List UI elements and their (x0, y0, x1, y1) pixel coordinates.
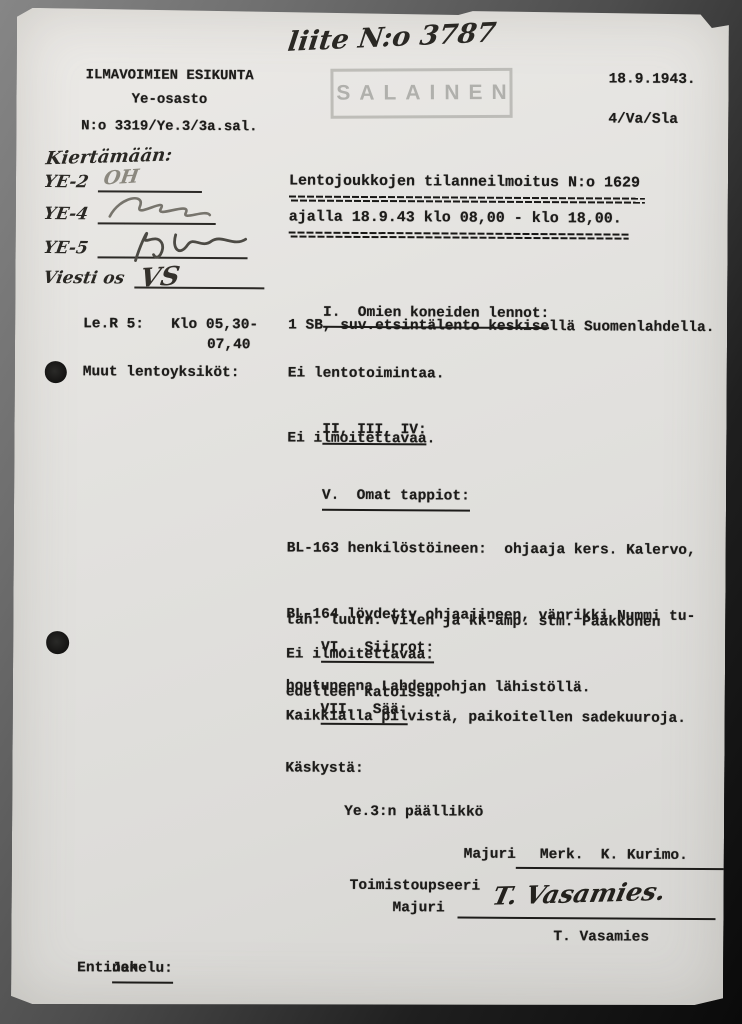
routing-label: YE-4 (42, 204, 90, 224)
title-underline (289, 231, 629, 239)
routing-item-ye2: YE-2 OH (44, 166, 202, 193)
section-2-body: Ei ilmoitettavaa. (287, 426, 435, 451)
file-reference: 4/Va/Sla (608, 107, 678, 131)
routing-signature-line (98, 198, 216, 225)
margin-time-line2: 07,40 (207, 333, 251, 357)
margin-unit-label: Le.R 5: (83, 312, 144, 336)
title-underline (289, 195, 645, 203)
letterhead-org: ILMAVOIMIEN ESIKUNTA (57, 63, 283, 88)
report-title-line1: Lentojoukkojen tilanneilmoitus N:o 1629 (289, 169, 640, 195)
signature1-name: Merk. K. Kurimo. (516, 843, 742, 871)
routing-item-ye5: YE-5 (44, 232, 248, 259)
routing-item-ye4: YE-4 (44, 198, 216, 225)
letterhead-dept: Ye-osasto (56, 87, 282, 112)
routing-signature-line: OH (98, 166, 202, 193)
routing-signature-line (98, 232, 248, 259)
signature2-role: Toimistoupseeri (350, 874, 481, 899)
handwritten-annex-number: liite N:o 3787 (286, 17, 498, 57)
letterhead-ref-number: N:o 3319/Ye.3/3a.sal. (56, 114, 282, 139)
punch-hole (46, 631, 69, 654)
section-6-body: Ei ilmoitettavaa. (286, 642, 434, 667)
section-1-body-flights: 1 SB, suv.etsintälento keskisellä Suomen… (288, 313, 715, 340)
routing-initials: VS (132, 261, 188, 294)
scanned-document-photo: { "annotation": { "liite": "liite N:o 37… (0, 0, 742, 1024)
routing-signature-line: VS (134, 263, 264, 290)
routing-label: Viesti os (42, 268, 126, 288)
report-title-line2: ajalla 18.9.43 klo 08,00 - klo 18,00. (289, 205, 622, 231)
signature1-rank: Majuri (464, 847, 516, 863)
document-page: liite N:o 3787 SALAINEN ILMAVOIMIEN ESIK… (11, 8, 729, 1008)
signature2-rank: Majuri (392, 896, 444, 920)
handwritten-signature: T. Vasamies. (490, 877, 669, 911)
section-1-body-no-activity: Ei lentotoimintaa. (288, 361, 445, 386)
routing-label: YE-5 (42, 238, 90, 258)
signature2-typed-name: T. Vasamies (553, 925, 649, 950)
document-date: 18.9.1943. (609, 67, 696, 92)
distribution-value: Entinen (77, 956, 138, 980)
signature2-line (457, 917, 715, 921)
section-7-body: Kaikkialla pilvistä, paikoitellen sadeku… (286, 704, 686, 730)
punch-hole (45, 361, 67, 383)
routing-item-viesti-os: Viesti os VS (43, 262, 264, 289)
routing-label: YE-2 (42, 172, 90, 192)
margin-other-units-label: Muut lentoyksiköt: (83, 360, 240, 385)
routing-initials: OH (96, 165, 146, 190)
by-order-label: Käskystä: (285, 756, 363, 780)
secret-stamp: SALAINEN (330, 68, 512, 119)
